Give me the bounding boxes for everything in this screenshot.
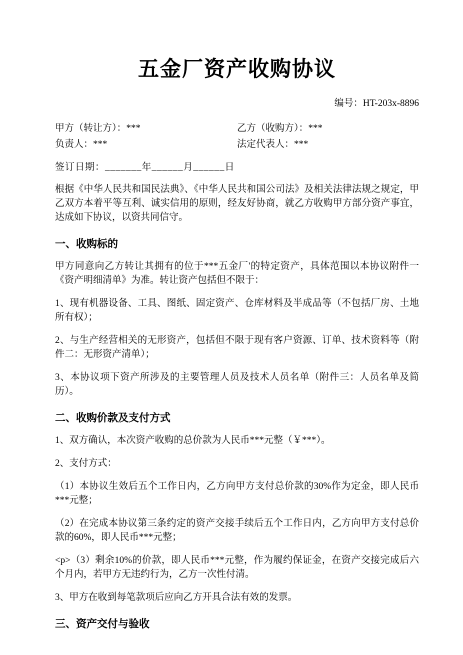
paragraph: 1、现有机器设备、工具、图纸、固定资产、仓库材料及半成品等（不包括厂房、土地所有… [55,297,419,325]
paragraph: 3、本协议项下资产所涉及的主要管理人员及技术人员名单（附件三：人员名单及简历）。 [55,371,419,399]
document-page: 五金厂资产收购协议 编号：HT-203x-8896 甲方（转让方）：*** 乙方… [0,0,463,655]
party-a-manager: 负责人：*** [55,139,237,151]
section-heading: 二、收购价款及支付方式 [55,412,419,425]
document-body: 根据《中华人民共和国民法典》、《中华人民共和国公司法》及相关法律法规之规定，甲乙… [55,183,419,631]
paragraph: （1）本协议生效后五个工作日内，乙方向甲方支付总价款的30%作为定金，即人民币*… [55,480,419,508]
party-a-label: 甲方（转让方）：*** [55,123,237,135]
paragraph: 3、甲方在收到每笔款项后应向乙方开具合法有效的发票。 [55,591,419,605]
document-number: 编号：HT-203x-8896 [55,98,419,110]
paragraph: 根据《中华人民共和国民法典》、《中华人民共和国公司法》及相关法律法规之规定，甲乙… [55,183,419,225]
paragraph: （2）在完成本协议第三条约定的资产交接手续后五个工作日内，乙方向甲方支付总价款的… [55,517,419,545]
document-title: 五金厂资产收购协议 [55,56,419,84]
party-b-label: 乙方（收购方）：*** [237,123,419,135]
paragraph: 1、双方确认，本次资产收购的总价款为人民币***元整（￥***）。 [55,434,419,448]
party-b-legal-rep: 法定代表人：*** [237,139,419,151]
parties-block: 甲方（转让方）：*** 乙方（收购方）：*** 负责人：*** 法定代表人：**… [55,123,419,151]
section-heading: 三、资产交付与验收 [55,618,419,631]
paragraph: 2、支付方式： [55,457,419,471]
paragraph: <p>（3）剩余10%的价款，即人民币***元整，作为履约保证金，在资产交接完成… [55,554,419,582]
section-heading: 一、收购标的 [55,238,419,251]
paragraph: 甲方同意向乙方转让其拥有的位于***五金厂'的特定资产，具体范围以本协议附件一《… [55,260,419,288]
paragraph: 2、与生产经营相关的无形资产，包括但不限于现有客户资源、订单、技术资料等（附件二… [55,334,419,362]
sign-date-line: 签订日期：_______年______月______日 [55,162,419,174]
